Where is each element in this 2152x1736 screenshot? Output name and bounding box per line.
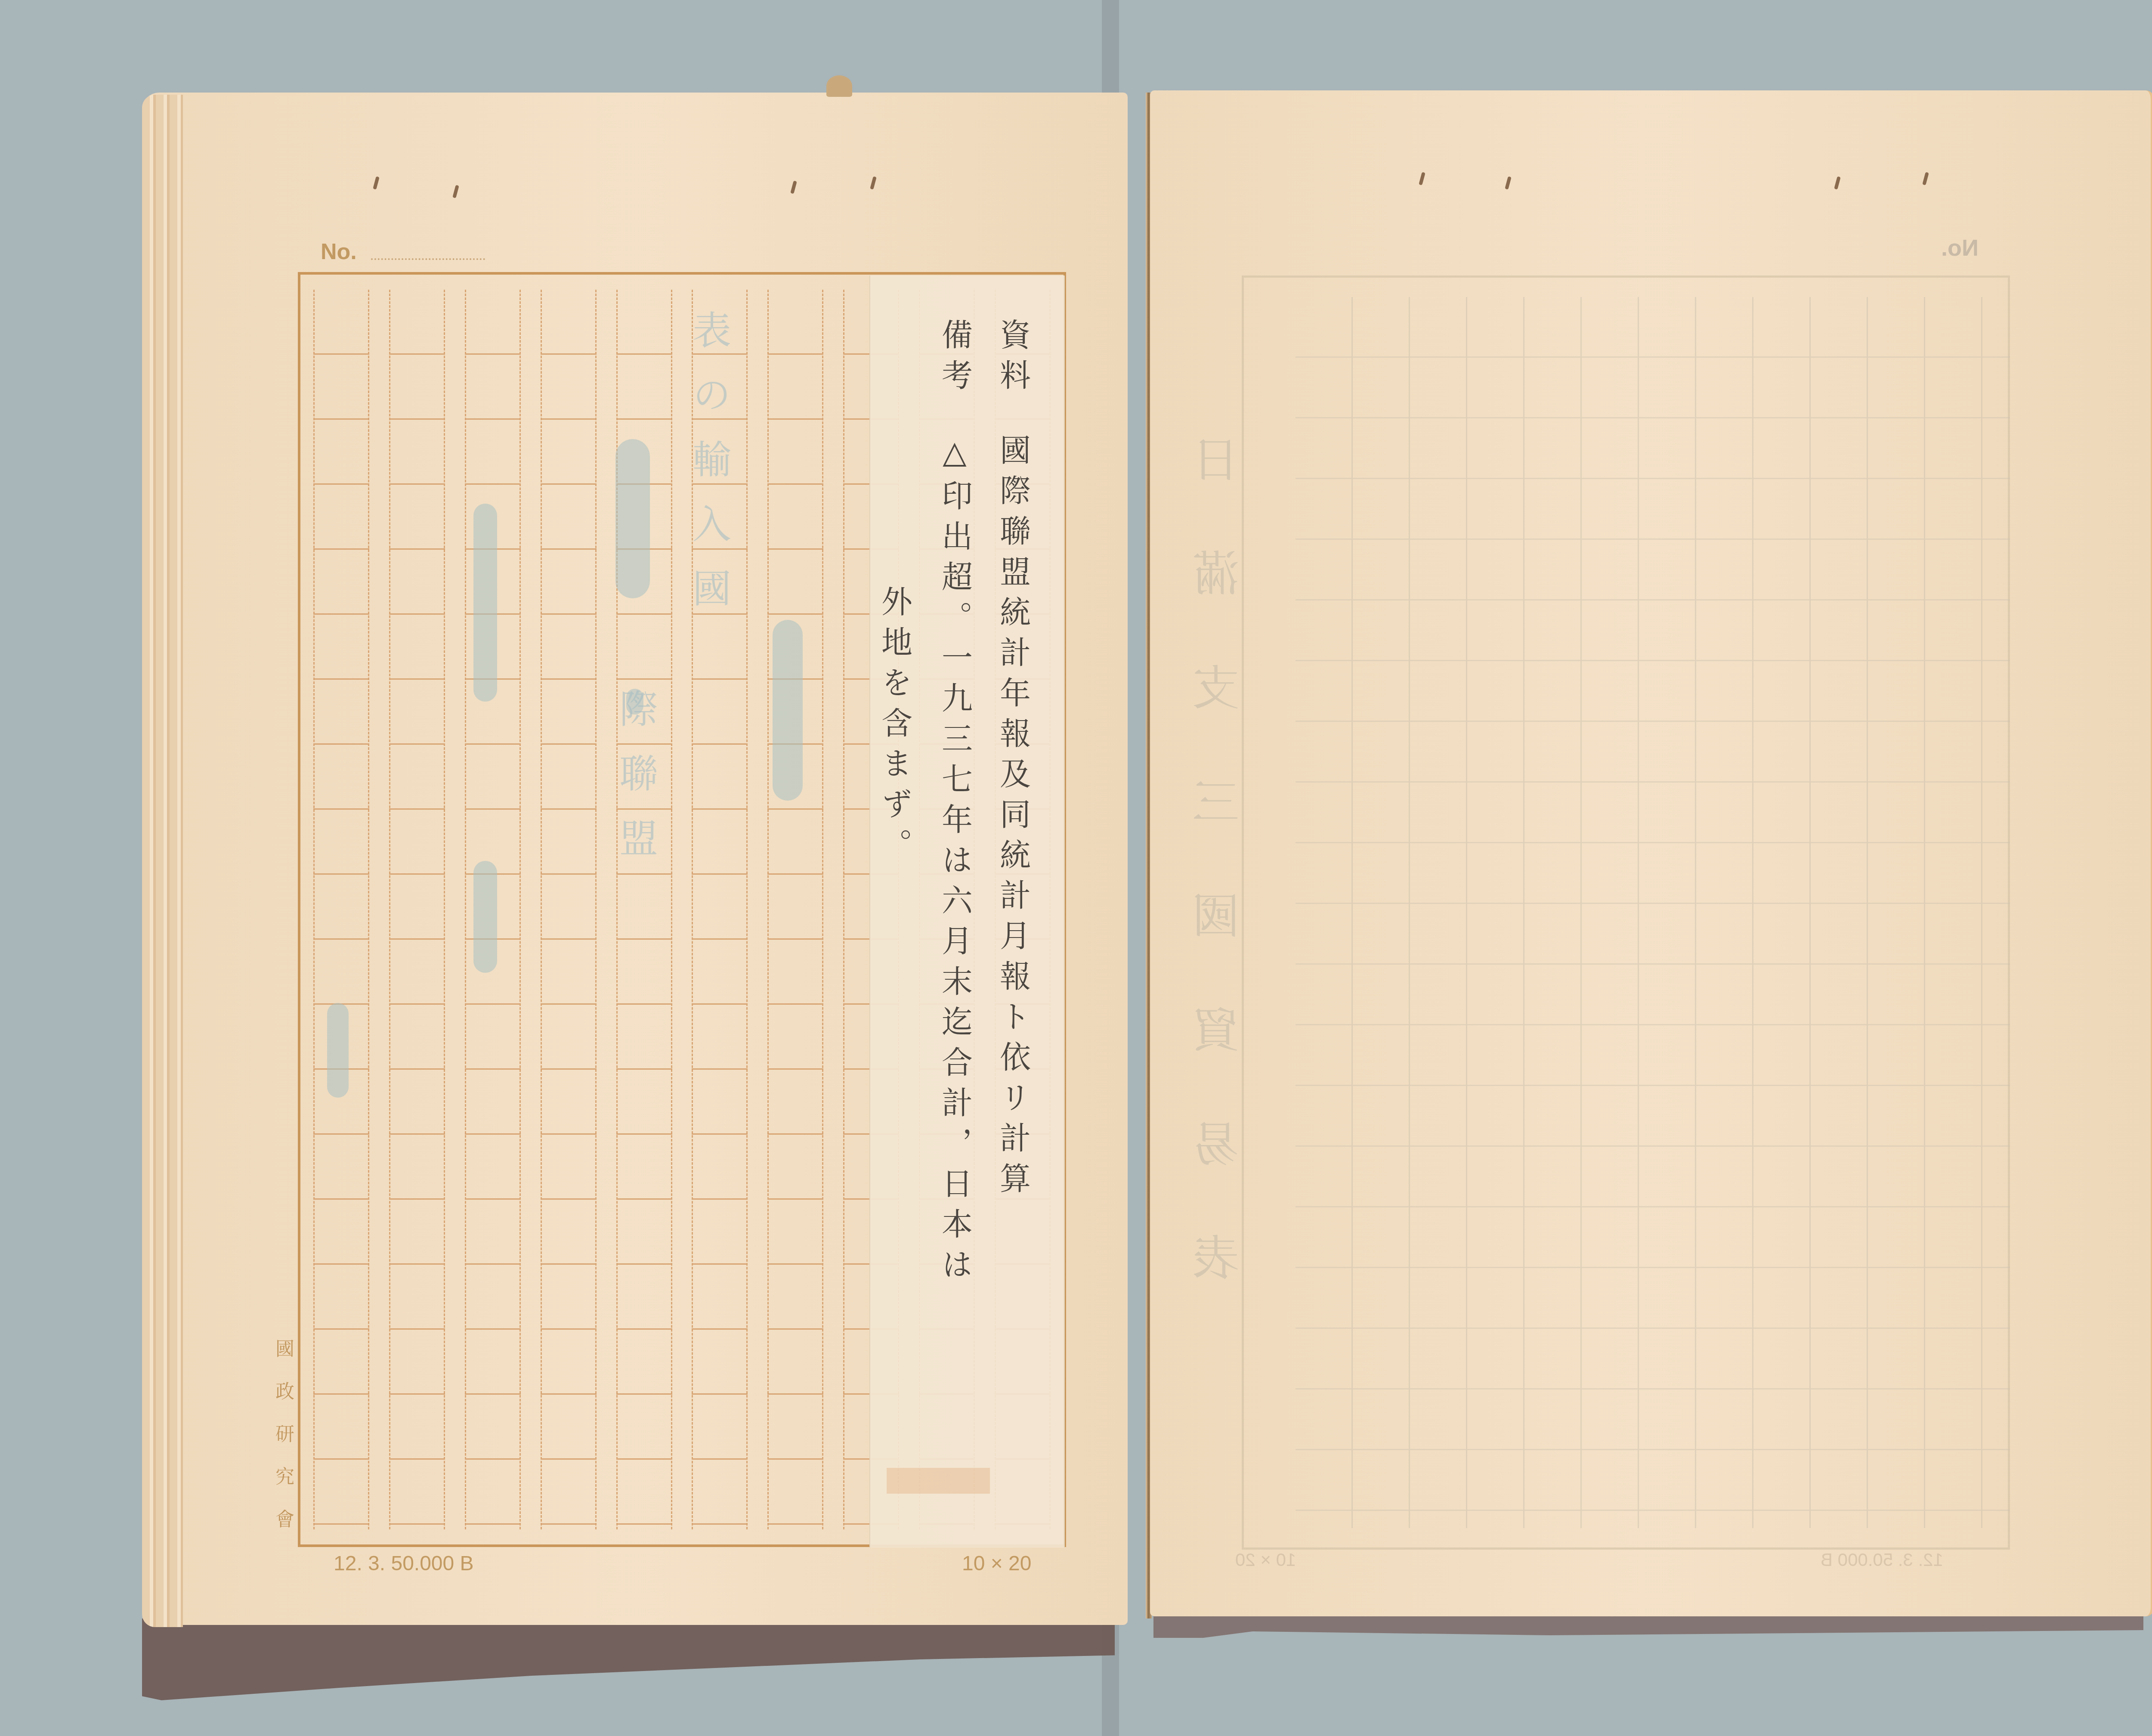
show-through-text: 際聯盟	[607, 689, 663, 882]
grid-column	[389, 290, 445, 1529]
note-line-continuation: 外地を含まず。	[879, 585, 910, 869]
show-through-mark	[473, 861, 497, 973]
reverse-page-number-label: No.	[1941, 235, 1979, 261]
binding-knot	[826, 75, 852, 97]
show-through-text: 表の輸入國	[680, 310, 736, 633]
grid-column	[313, 290, 369, 1529]
note-label: 資料	[995, 319, 1031, 399]
note-line-remarks: 備考△印出超。一九三七年は六月末迄合計，日本は	[939, 319, 970, 1289]
publisher-name: 國政研究會	[269, 1339, 297, 1552]
note-text: 國際聯盟統計年報及同統計月報ト依リ計算	[995, 434, 1031, 1203]
note-line-source: 資料國際聯盟統計年報及同統計月報ト依リ計算	[997, 319, 1028, 1203]
reverse-table-show-through	[1296, 297, 2010, 1528]
grid-column	[541, 290, 597, 1529]
reverse-print-code: 12. 3. 50.000 B	[1821, 1550, 1943, 1570]
show-through-mark	[615, 439, 650, 598]
glue-stain	[887, 1468, 990, 1494]
note-label: 備考	[937, 319, 973, 399]
pasted-note: 資料國際聯盟統計年報及同統計月報ト依リ計算 備考△印出超。一九三七年は六月末迄合…	[869, 275, 1065, 1547]
grid-column	[767, 290, 823, 1529]
print-code: 12. 3. 50.000 B	[334, 1552, 474, 1575]
reverse-title-show-through: 日 滿 支 三 國 貿 易 表	[1186, 435, 1254, 1306]
reverse-grid-size-label: 10 × 20	[1235, 1550, 1296, 1570]
page-edge-stack	[142, 95, 183, 1627]
grid-size-label: 10 × 20	[962, 1552, 1031, 1575]
show-through-mark	[327, 1003, 349, 1098]
page-number-label: No.	[321, 239, 357, 265]
note-text: 外地を含まず。	[876, 585, 912, 869]
page-shadow-left	[142, 1618, 1115, 1700]
note-text: △印出超。一九三七年は六月末迄合計，日本は	[937, 434, 973, 1289]
show-through-mark	[473, 504, 497, 702]
show-through-mark	[773, 620, 803, 801]
page-number-field	[371, 258, 485, 260]
